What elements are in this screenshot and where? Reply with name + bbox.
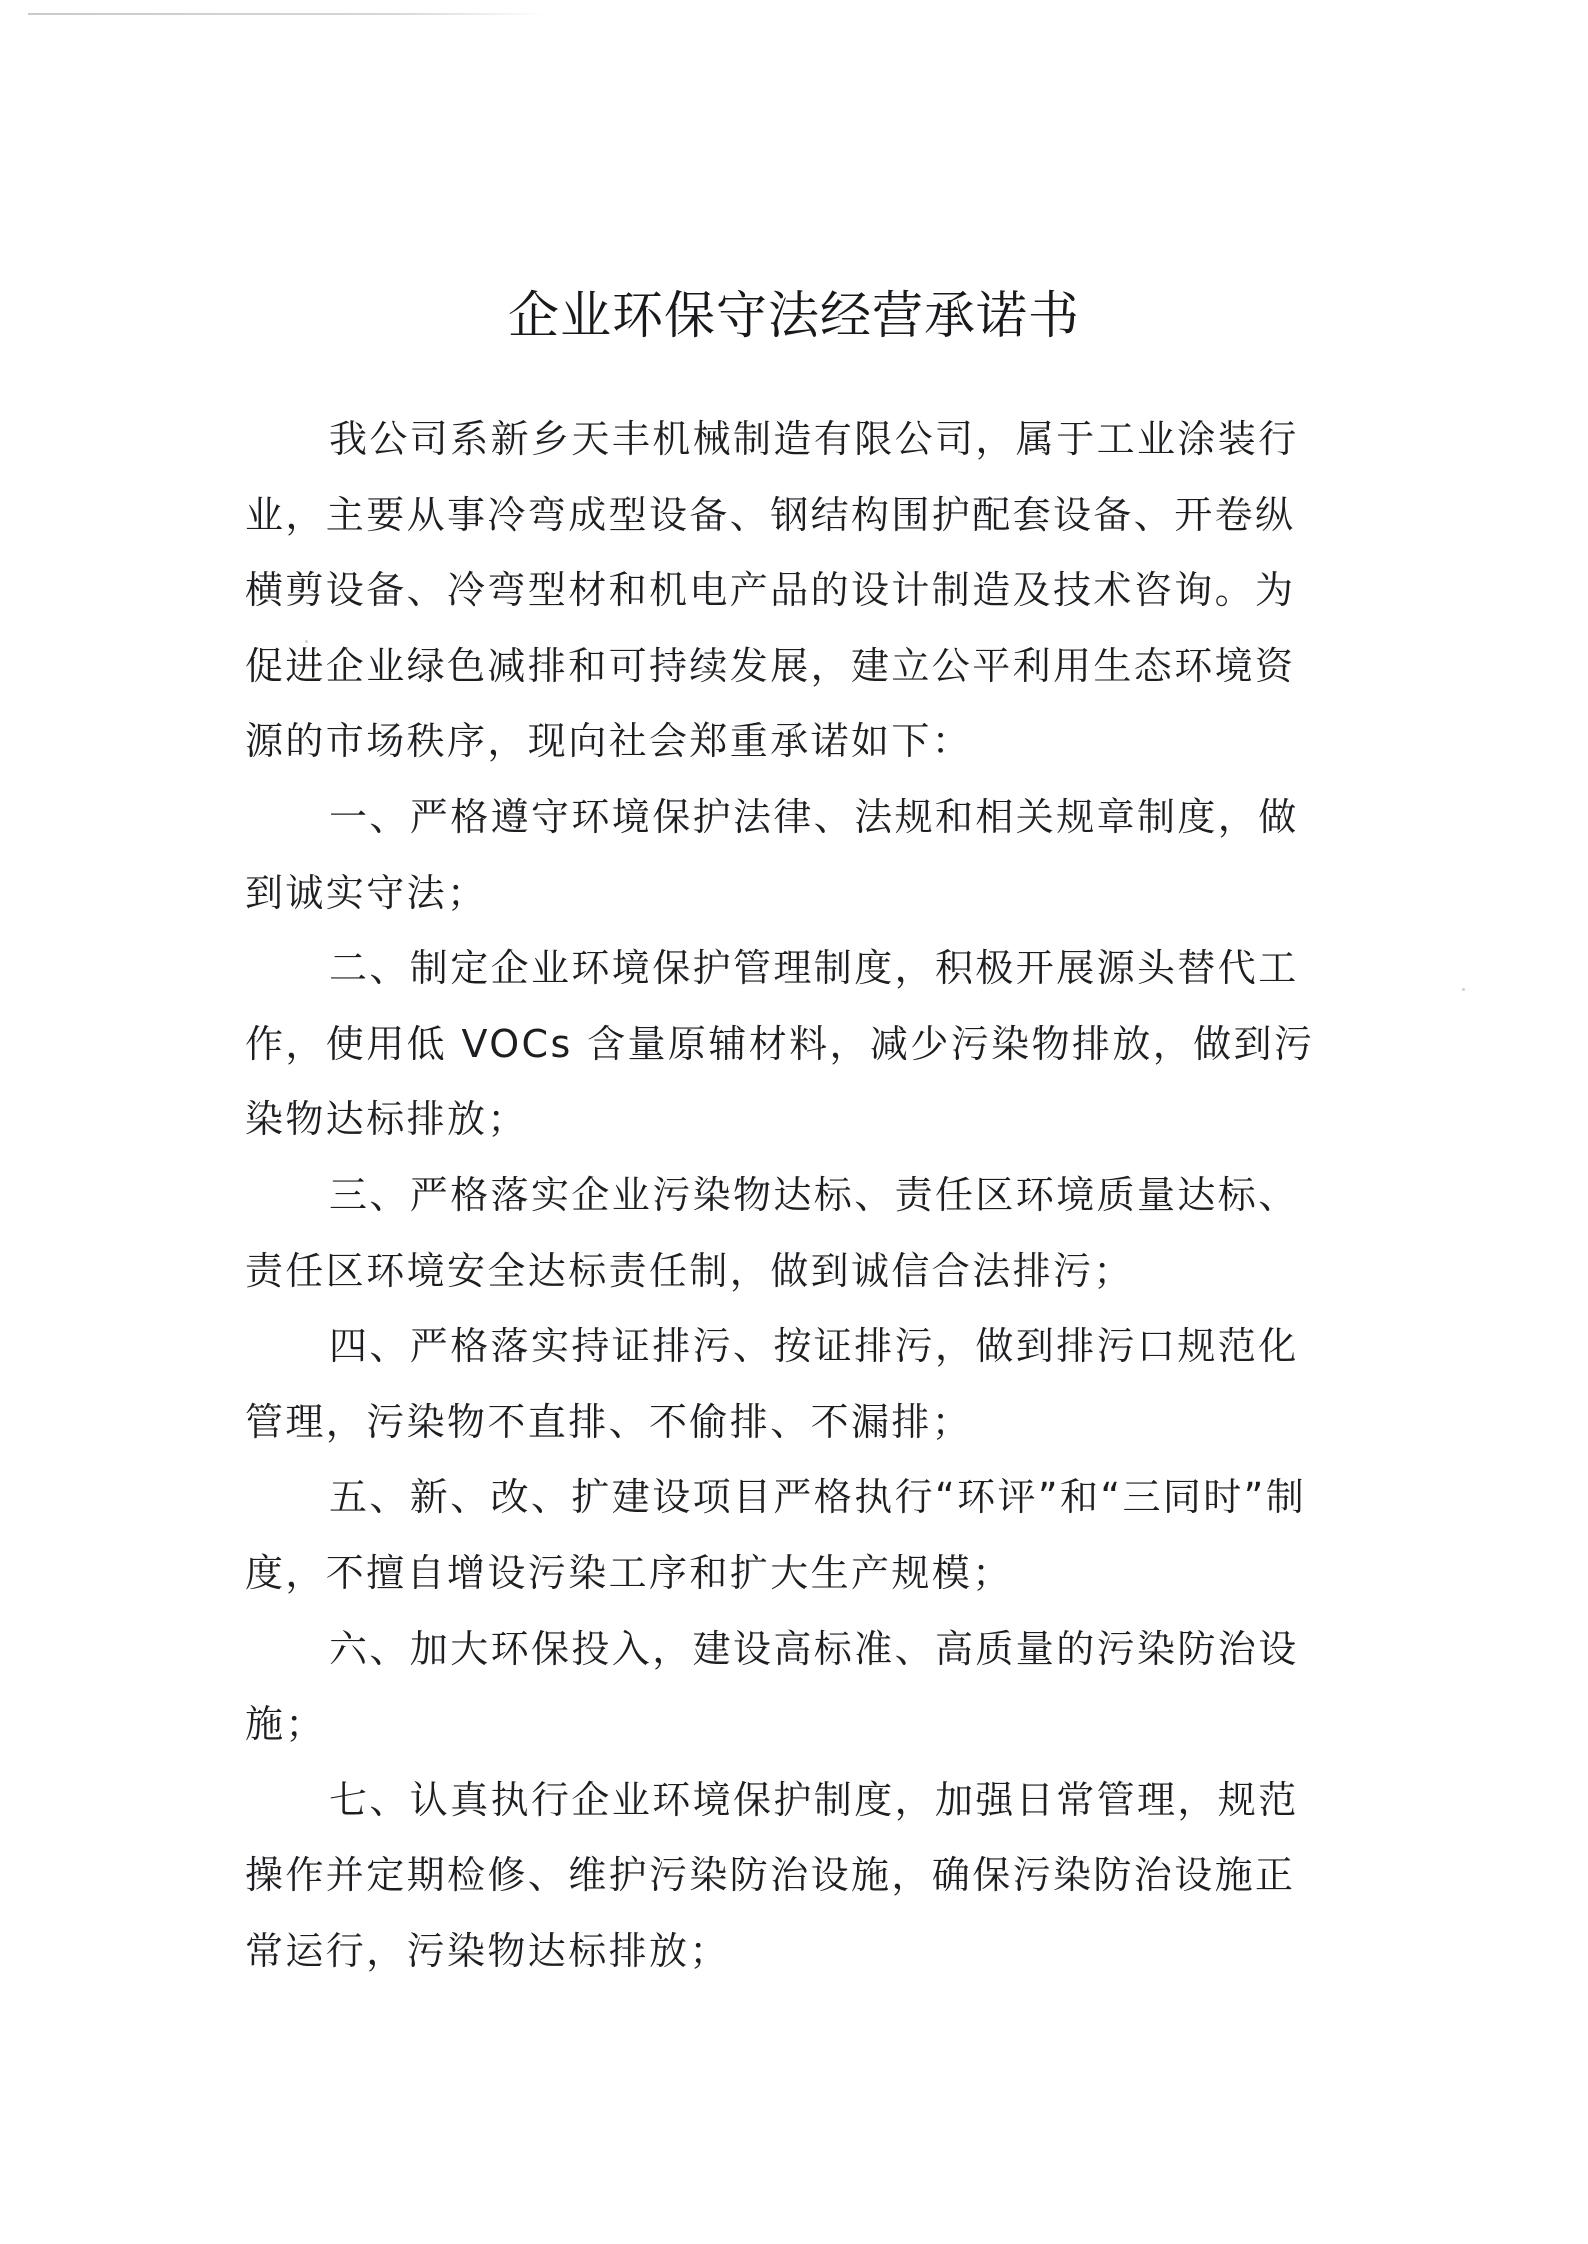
text-line: 一、严格遵守环境保护法律、法规和相关规章制度，做 — [245, 780, 1365, 856]
text-line: 业，主要从事冷弯成型设备、钢结构围护配套设备、开卷纵 — [245, 478, 1365, 554]
text-line: 促进企业绿色减排和可持续发展，建立公平利用生态环境资 — [245, 629, 1365, 705]
text-line: 到诚实守法； — [245, 856, 1365, 932]
document-title: 企业环保守法经营承诺书 — [0, 282, 1588, 352]
text-line: 责任区环境安全达标责任制，做到诚信合法排污； — [245, 1234, 1365, 1310]
document-body: 我公司系新乡天丰机械制造有限公司，属于工业涂装行 业，主要从事冷弯成型设备、钢结… — [245, 402, 1365, 1989]
paragraph-item-4: 四、严格落实持证排污、按证排污，做到排污口规范化 管理，污染物不直排、不偷排、不… — [245, 1309, 1365, 1460]
text-line: 操作并定期检修、维护污染防治设施，确保污染防治设施正 — [245, 1838, 1365, 1914]
text-line: 五、新、改、扩建设项目严格执行“环评”和“三同时”制 — [245, 1460, 1365, 1536]
text-line: 横剪设备、冷弯型材和机电产品的设计制造及技术咨询。为 — [245, 553, 1365, 629]
text-line: 四、严格落实持证排污、按证排污，做到排污口规范化 — [245, 1309, 1365, 1385]
scan-edge-line — [28, 13, 548, 15]
paragraph-item-1: 一、严格遵守环境保护法律、法规和相关规章制度，做 到诚实守法； — [245, 780, 1365, 931]
paragraph-item-2: 二、制定企业环境保护管理制度，积极开展源头替代工 作，使用低 VOCs 含量原辅… — [245, 931, 1365, 1158]
paragraph-item-5: 五、新、改、扩建设项目严格执行“环评”和“三同时”制 度，不擅自增设污染工序和扩… — [245, 1460, 1365, 1611]
text-line: 七、认真执行企业环境保护制度，加强日常管理，规范 — [245, 1763, 1365, 1839]
text-line: 常运行，污染物达标排放； — [245, 1914, 1365, 1990]
scan-speck — [305, 640, 308, 643]
text-line: 六、加大环保投入，建设高标准、高质量的污染防治设 — [245, 1612, 1365, 1688]
text-line: 三、严格落实企业污染物达标、责任区环境质量达标、 — [245, 1158, 1365, 1234]
paragraph-item-7: 七、认真执行企业环境保护制度，加强日常管理，规范 操作并定期检修、维护污染防治设… — [245, 1763, 1365, 1990]
text-line: 染物达标排放； — [245, 1082, 1365, 1158]
paragraph-item-3: 三、严格落实企业污染物达标、责任区环境质量达标、 责任区环境安全达标责任制，做到… — [245, 1158, 1365, 1309]
paragraph-intro: 我公司系新乡天丰机械制造有限公司，属于工业涂装行 业，主要从事冷弯成型设备、钢结… — [245, 402, 1365, 780]
text-line: 二、制定企业环境保护管理制度，积极开展源头替代工 — [245, 931, 1365, 1007]
text-line: 作，使用低 VOCs 含量原辅材料，减少污染物排放，做到污 — [245, 1007, 1365, 1083]
text-line: 源的市场秩序，现向社会郑重承诺如下： — [245, 704, 1365, 780]
paragraph-item-6: 六、加大环保投入，建设高标准、高质量的污染防治设 施； — [245, 1612, 1365, 1763]
text-line: 度，不擅自增设污染工序和扩大生产规模； — [245, 1536, 1365, 1612]
text-line: 施； — [245, 1687, 1365, 1763]
text-line: 管理，污染物不直排、不偷排、不漏排； — [245, 1385, 1365, 1461]
scan-speck — [1462, 988, 1465, 991]
text-line: 我公司系新乡天丰机械制造有限公司，属于工业涂装行 — [245, 402, 1365, 478]
